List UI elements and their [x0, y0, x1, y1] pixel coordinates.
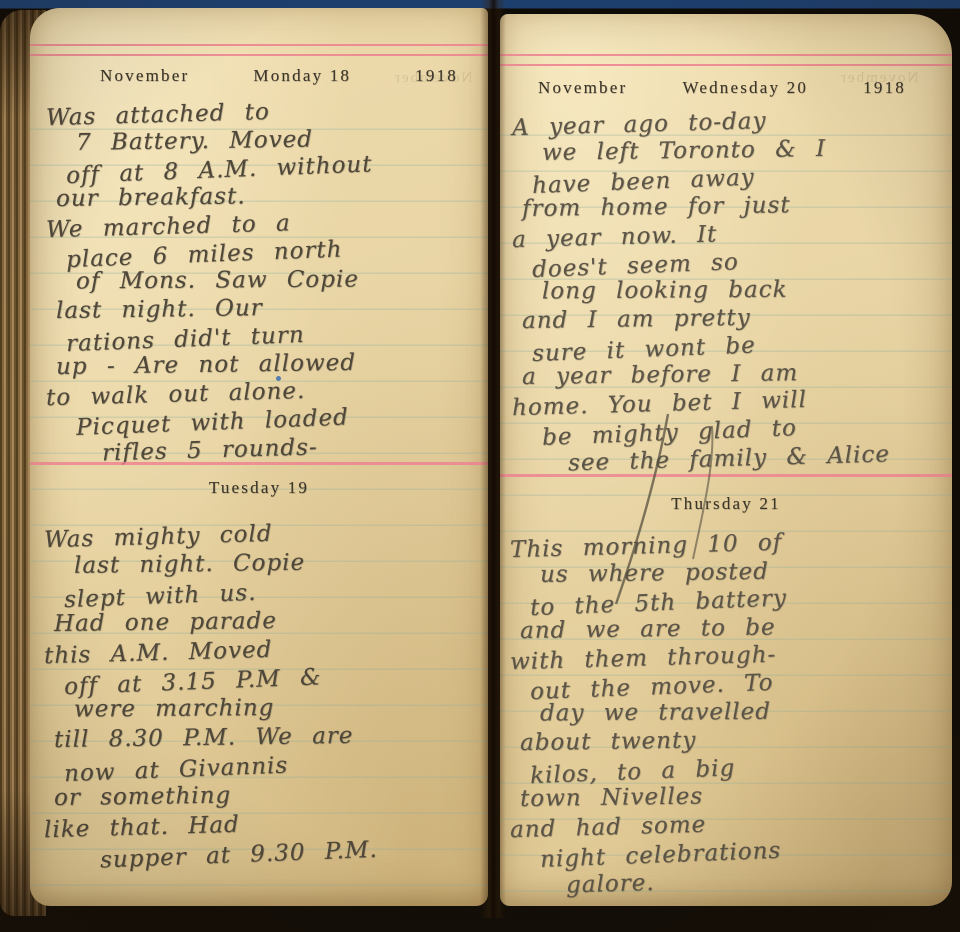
- pink-margin-line-double: [30, 44, 488, 56]
- header-month: November: [100, 66, 189, 86]
- diary-entry-thursday-21: This morning 10 ofus where postedto the …: [500, 530, 952, 894]
- subheader-tuesday-19: Tuesday 19: [30, 478, 488, 498]
- header-day: Monday 18: [253, 66, 351, 86]
- header-day: Wednesday 20: [682, 78, 808, 98]
- diary-page-left: November November Monday 18 1918 Was att…: [30, 8, 488, 906]
- entry-separator-line: [500, 474, 952, 477]
- subheader-thursday-21: Thursday 21: [500, 494, 952, 514]
- entry-separator-line: [30, 462, 488, 465]
- handwriting-line: were marching: [74, 693, 488, 725]
- diary-entry-wednesday-20: A year ago to-daywe left Toronto & Ihave…: [500, 108, 952, 472]
- diary-entry-monday-18: Was attached to7 Battery. Movedoff at 8 …: [30, 98, 488, 462]
- handwriting-line: long looking back: [542, 275, 952, 306]
- handwriting-line: day we travelled: [540, 697, 952, 728]
- page-header: November Wednesday 20 1918: [500, 78, 952, 98]
- pink-margin-line-double: [500, 54, 952, 66]
- ink-dot: [276, 376, 281, 381]
- handwriting-line: of Mons. Saw Copie: [76, 265, 488, 296]
- header-year: 1918: [863, 78, 906, 98]
- diary-scan: November November Monday 18 1918 Was att…: [0, 0, 960, 932]
- header-year: 1918: [415, 66, 458, 86]
- page-header: November Monday 18 1918: [30, 66, 488, 86]
- diary-entry-tuesday-19: Was mighty coldlast night. Copieslept wi…: [30, 520, 488, 868]
- diary-page-right: November November Wednesday 20 1918 A ye…: [500, 14, 952, 906]
- header-month: November: [538, 78, 627, 98]
